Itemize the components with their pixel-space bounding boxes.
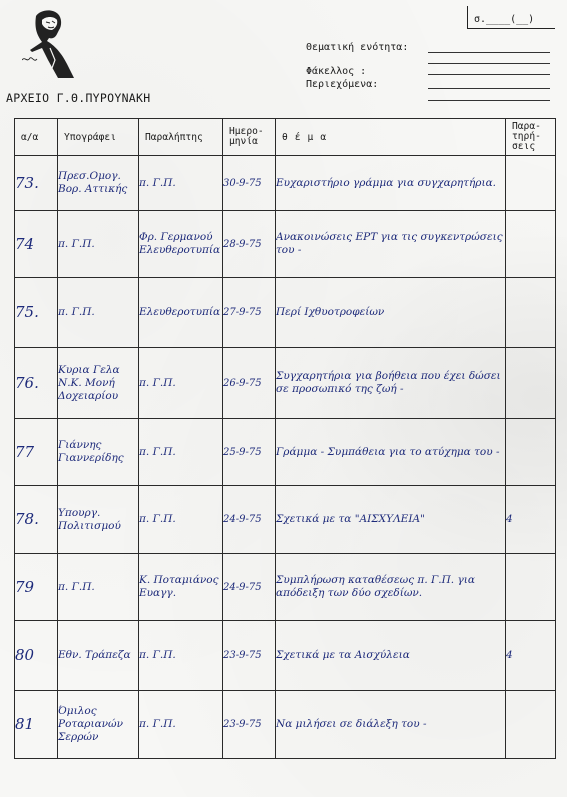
row-recipient: Ελευθεροτυπία — [139, 278, 223, 348]
row-notes — [506, 156, 556, 211]
table-row: 81 Όμιλος Ροταριανών Σερρών π. Γ.Π. 23-9… — [15, 691, 556, 759]
table-row: 78. Υπουργ. Πολιτισμού π. Γ.Π. 24-9-75 Σ… — [15, 486, 556, 554]
row-recipient: π. Γ.Π. — [139, 348, 223, 419]
row-num: 81 — [15, 691, 58, 759]
register-table: α/α Υπογράφει Παραλήπτης Ημερο- μηνία θέ… — [14, 118, 556, 759]
row-subject: Περί Ιχθυοτροφείων — [276, 278, 506, 348]
row-date: 24-9-75 — [223, 486, 276, 554]
table-row: 79 π. Γ.Π. Κ. Ποταμιάνος Ευαγγ. 24-9-75 … — [15, 554, 556, 621]
row-signer: Πρεσ.Ομογ. Βορ. Αττικής — [58, 156, 139, 211]
page-reference: σ.____(__) — [474, 14, 534, 25]
table-row: 77 Γιάννης Γιαννερίδης π. Γ.Π. 25-9-75 Γ… — [15, 419, 556, 486]
row-num: 77 — [15, 419, 58, 486]
column-header-subject: θέμα — [276, 119, 506, 156]
column-header-date-line2: μηνία — [229, 137, 275, 147]
row-notes: 4 — [506, 486, 556, 554]
row-num: 80 — [15, 621, 58, 691]
row-notes — [506, 278, 556, 348]
row-date: 24-9-75 — [223, 554, 276, 621]
contents-label: Περιεχόμενα: — [306, 79, 378, 90]
row-notes — [506, 419, 556, 486]
thematic-unit-line — [428, 52, 550, 53]
row-date: 26-9-75 — [223, 348, 276, 419]
row-notes — [506, 211, 556, 278]
table-row: 75. π. Γ.Π. Ελευθεροτυπία 27-9-75 Περί Ι… — [15, 278, 556, 348]
row-signer: Γιάννης Γιαννερίδης — [58, 419, 139, 486]
table-row: 80 Εθν. Τράπεζα π. Γ.Π. 23-9-75 Σχετικά … — [15, 621, 556, 691]
row-subject: Ανακοινώσεις ΕΡΤ για τις συγκεντρώσεις τ… — [276, 211, 506, 278]
row-num: 75. — [15, 278, 58, 348]
folder-line — [428, 74, 550, 75]
row-subject: Ευχαριστήριο γράμμα για συγχαρητήρια. — [276, 156, 506, 211]
table-row: 73. Πρεσ.Ομογ. Βορ. Αττικής π. Γ.Π. 30-9… — [15, 156, 556, 211]
table-row: 76. Κυρια Γελα Ν.Κ. Μονή Δοχειαρίου π. Γ… — [15, 348, 556, 419]
row-notes — [506, 554, 556, 621]
row-signer: Εθν. Τράπεζα — [58, 621, 139, 691]
row-signer: π. Γ.Π. — [58, 554, 139, 621]
row-num: 73. — [15, 156, 58, 211]
column-header-num: α/α — [15, 119, 58, 156]
row-recipient: π. Γ.Π. — [139, 156, 223, 211]
folder-label: Φάκελλος : — [306, 66, 366, 77]
row-subject: Συγχαρητήρια για βοήθεια που έχει δώσει … — [276, 348, 506, 419]
row-num: 76. — [15, 348, 58, 419]
thematic-unit-label: Θεματική ενότητα: — [306, 42, 408, 53]
contents-line — [428, 88, 550, 89]
row-subject: Σχετικά με τα Αισχύλεια — [276, 621, 506, 691]
row-subject: Γράμμα - Συμπάθεια για το ατύχημα του - — [276, 419, 506, 486]
row-notes: 4 — [506, 621, 556, 691]
column-header-notes: Παρα- τηρή- σεις — [506, 119, 556, 156]
row-signer: Υπουργ. Πολιτισμού — [58, 486, 139, 554]
row-date: 23-9-75 — [223, 621, 276, 691]
row-recipient: Φρ. Γερμανού Ελευθεροτυπία — [139, 211, 223, 278]
row-recipient: π. Γ.Π. — [139, 621, 223, 691]
thematic-unit-line-2 — [428, 63, 550, 64]
row-signer: Όμιλος Ροταριανών Σερρών — [58, 691, 139, 759]
row-subject: Σχετικά με τα "ΑΙΣΧΥΛΕΙΑ" — [276, 486, 506, 554]
row-num: 78. — [15, 486, 58, 554]
column-header-notes-line3: σεις — [512, 142, 555, 152]
column-header-date: Ημερο- μηνία — [223, 119, 276, 156]
row-notes — [506, 348, 556, 419]
row-recipient: π. Γ.Π. — [139, 419, 223, 486]
row-recipient: π. Γ.Π. — [139, 691, 223, 759]
row-date: 23-9-75 — [223, 691, 276, 759]
row-recipient: Κ. Ποταμιάνος Ευαγγ. — [139, 554, 223, 621]
portrait-logo-icon — [22, 8, 82, 78]
row-num: 79 — [15, 554, 58, 621]
table-row: 74 π. Γ.Π. Φρ. Γερμανού Ελευθεροτυπία 28… — [15, 211, 556, 278]
row-signer: Κυρια Γελα Ν.Κ. Μονή Δοχειαρίου — [58, 348, 139, 419]
row-date: 28-9-75 — [223, 211, 276, 278]
row-date: 25-9-75 — [223, 419, 276, 486]
row-date: 27-9-75 — [223, 278, 276, 348]
row-num: 74 — [15, 211, 58, 278]
table-header-row: α/α Υπογράφει Παραλήπτης Ημερο- μηνία θέ… — [15, 119, 556, 156]
row-notes — [506, 691, 556, 759]
archive-title: ΑΡΧΕΙΟ Γ.Θ.ΠΥΡΟΥΝΑΚΗ — [6, 91, 150, 105]
column-header-signer: Υπογράφει — [58, 119, 139, 156]
page-reference-box: σ.____(__) — [467, 6, 555, 29]
contents-line-2 — [428, 100, 550, 101]
column-header-recipient: Παραλήπτης — [139, 119, 223, 156]
row-subject: Συμπλήρωση καταθέσεως π. Γ.Π. για απόδει… — [276, 554, 506, 621]
row-date: 30-9-75 — [223, 156, 276, 211]
row-signer: π. Γ.Π. — [58, 278, 139, 348]
row-recipient: π. Γ.Π. — [139, 486, 223, 554]
row-signer: π. Γ.Π. — [58, 211, 139, 278]
row-subject: Να μιλήσει σε διάλεξη του - — [276, 691, 506, 759]
